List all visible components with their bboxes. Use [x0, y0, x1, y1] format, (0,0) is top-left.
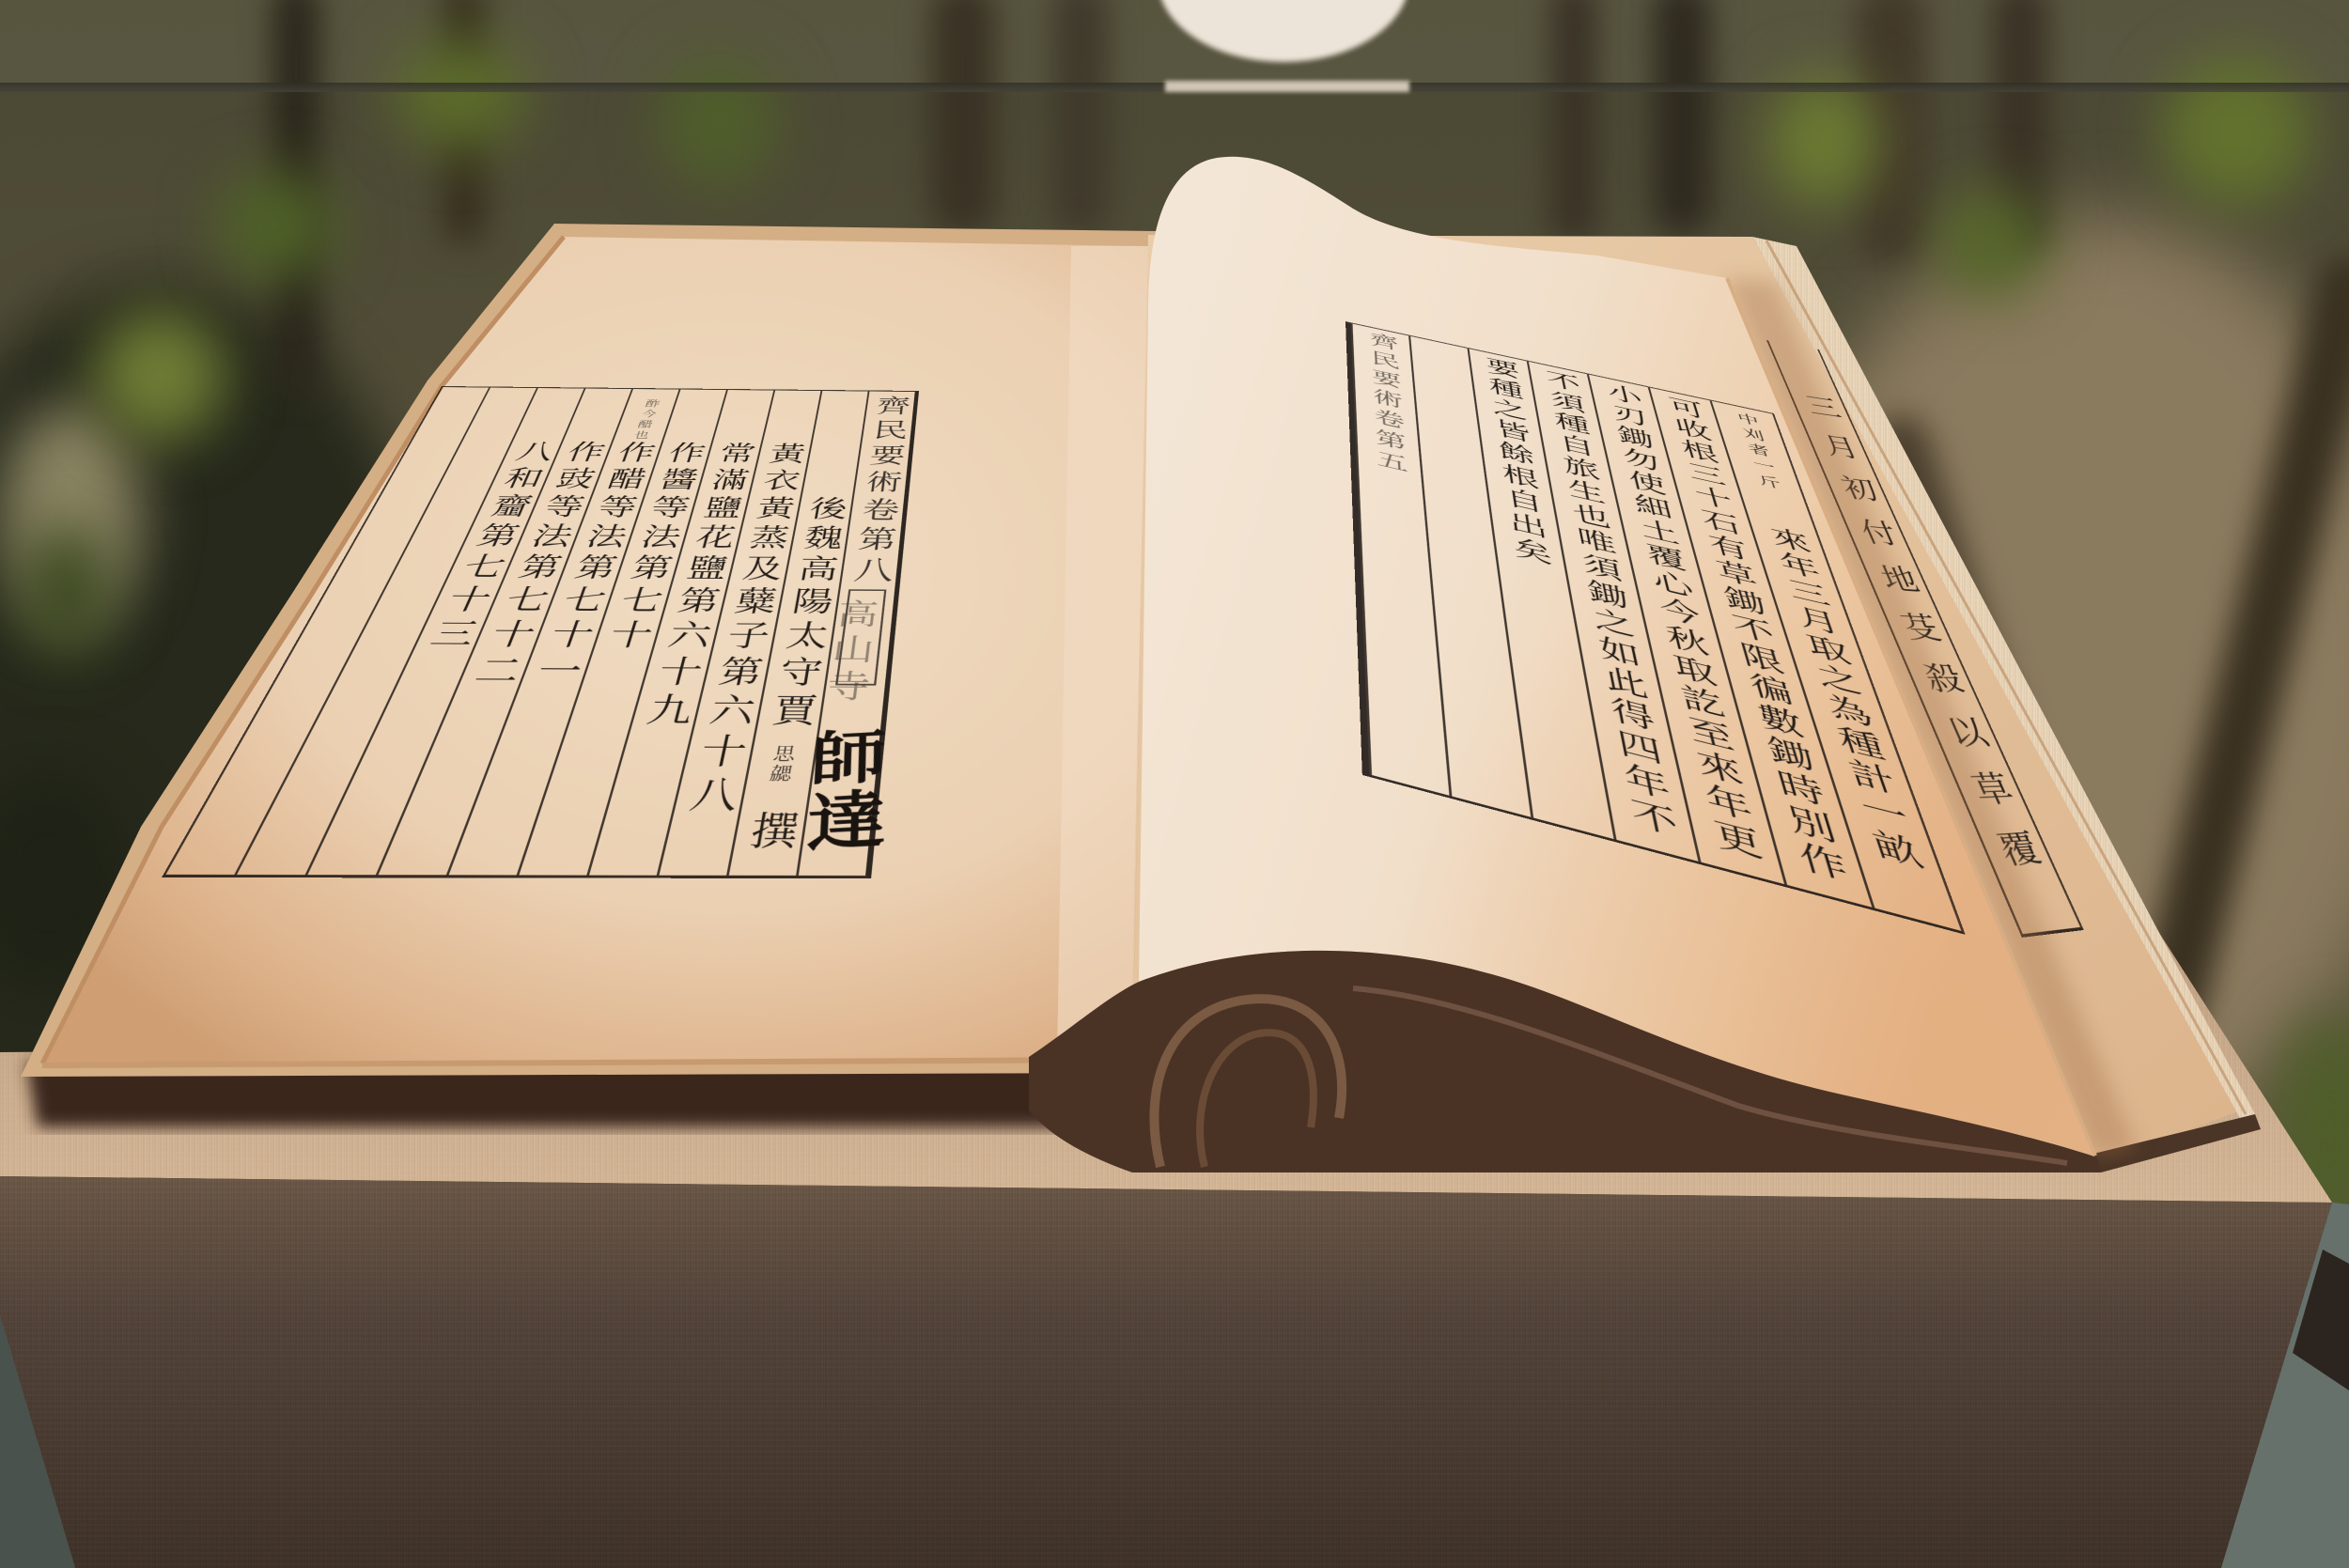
- raised-page-layer: [0, 0, 2349, 1568]
- museum-display-photo: 齊民要術卷第八 高山寺 師達 後魏高陽太守賈 思勰 撰 黃衣黃蒸及糵子第六十八 …: [0, 0, 2349, 1568]
